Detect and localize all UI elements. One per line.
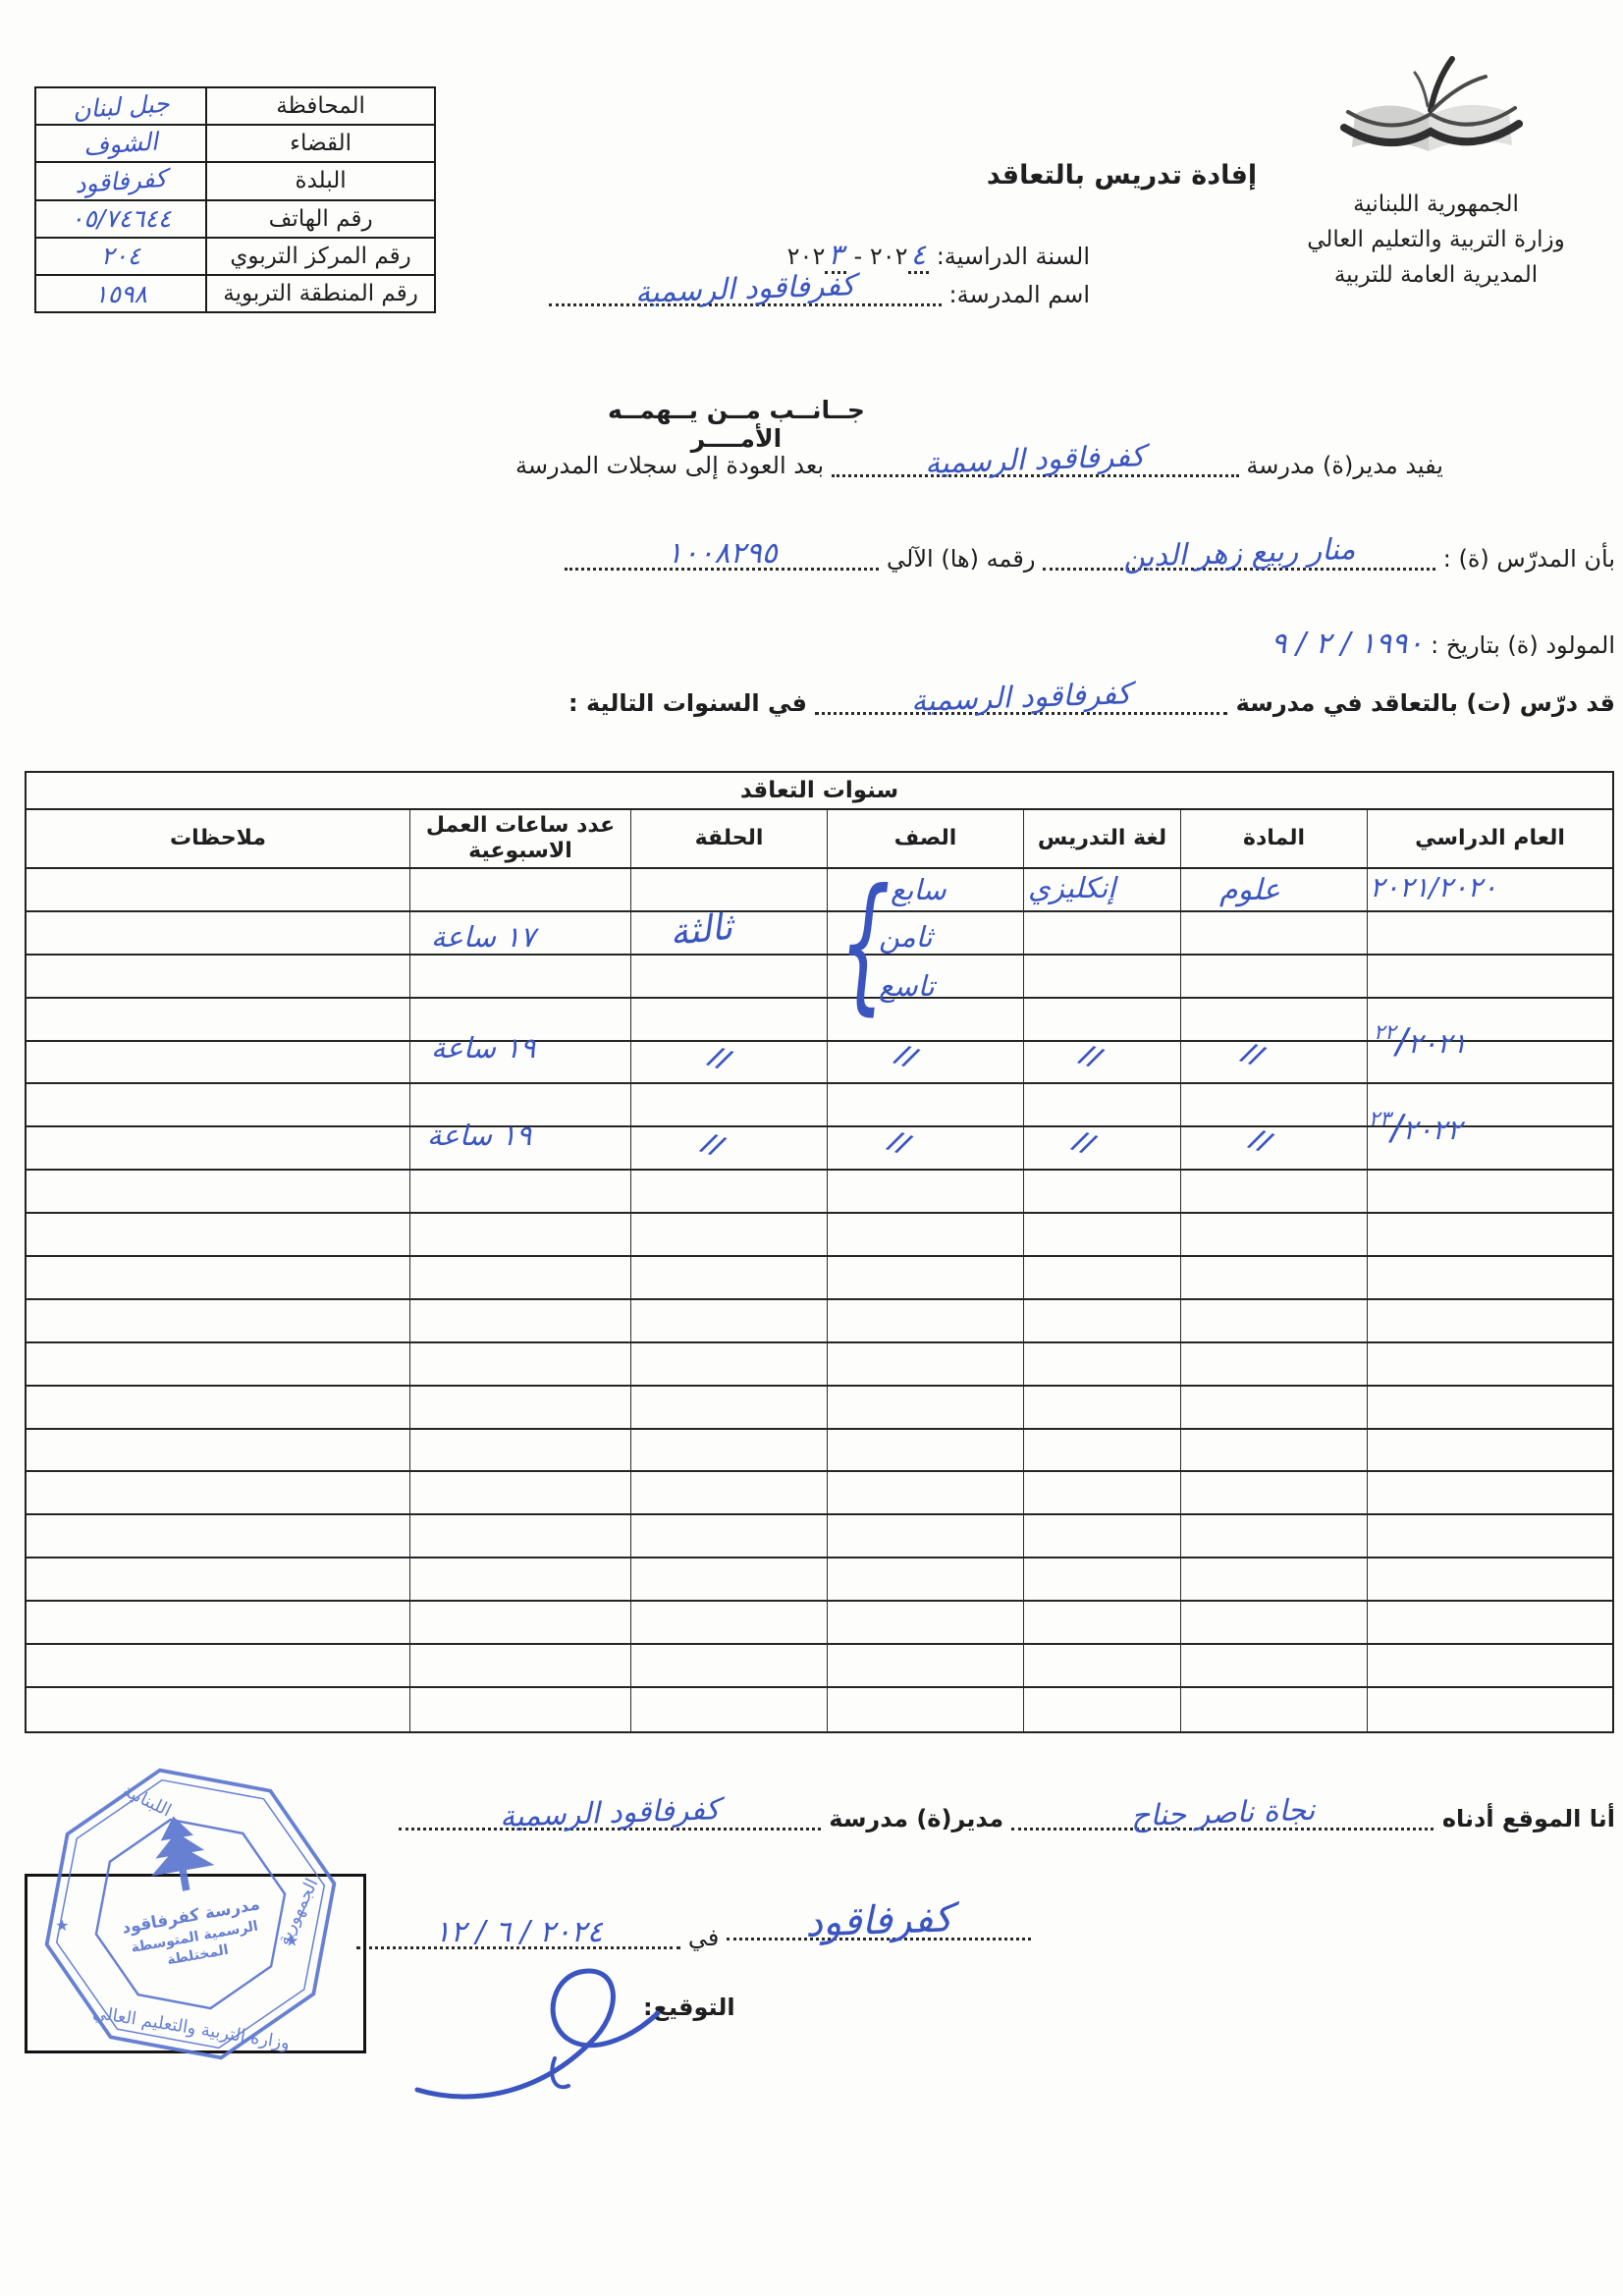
col-school-year: العام الدراسي [1367, 810, 1612, 867]
table-cell [1023, 1257, 1180, 1298]
table-row: القضاء الشوف [36, 124, 434, 161]
school-year-label: السنة الدراسية: [937, 243, 1090, 270]
edu-center-number-label: رقم المركز التربوي [205, 239, 434, 274]
table-cell [409, 1343, 630, 1385]
edu-region-number-value: ١٥٩٨ [94, 280, 147, 308]
table-cell [409, 1300, 630, 1341]
entry-cycle-third: ثالثة [668, 905, 734, 954]
place-handwritten: كفرفاقود [804, 1895, 953, 1945]
table-cell [1023, 1084, 1180, 1125]
table-cell [827, 1257, 1023, 1298]
table-cell [27, 1515, 409, 1557]
district-value: الشوف [82, 127, 159, 160]
table-row [27, 1558, 1612, 1602]
table-cell [1367, 1645, 1612, 1686]
table-cell [1180, 956, 1367, 997]
table-cell [1180, 1602, 1367, 1643]
table-cell [827, 1430, 1023, 1471]
table-cell [27, 1042, 409, 1083]
table-row: رقم الهاتف ٠٥/٧٤٦٤٤ [36, 199, 434, 237]
government-header: الجمهورية اللبنانية وزارة التربية والتعل… [1257, 187, 1615, 293]
table-cell [1180, 1472, 1367, 1513]
teacher-id-number-handwritten: ١٠٠٨٢٩٥ [667, 536, 778, 571]
entry-year-1: ٢٠٢١/٢٠٢٠ [1370, 871, 1497, 903]
table-row [27, 1300, 1612, 1343]
table-cell [409, 1171, 630, 1212]
table-cell [409, 1214, 630, 1255]
contract-years-table: سنوات التعاقد العام الدراسي المادة لغة ا… [25, 771, 1614, 1733]
table-cell [27, 1127, 409, 1169]
table-cell [27, 1343, 409, 1385]
table-cell [630, 956, 827, 997]
table-cell [1023, 1515, 1180, 1557]
table-cell [1023, 1171, 1180, 1212]
salutation-heading: جــانــب مــن يــهمــه الأمــــر [565, 396, 908, 453]
col-notes: ملاحظات [27, 810, 409, 867]
table-cell [630, 1257, 827, 1298]
grades-brace-mark: { [839, 863, 890, 1025]
col-weekly-hours: عدد ساعات العمل الاسبوعية [409, 810, 630, 867]
governorate-label: المحافظة [205, 88, 434, 124]
scanned-teaching-certificate: المحافظة جبل لبنان القضاء الشوف البلدة ك… [0, 0, 1623, 2296]
table-cell [1023, 1343, 1180, 1385]
table-cell [27, 1472, 409, 1513]
table-cell [630, 1171, 827, 1212]
table-cell [630, 1300, 827, 1341]
handwritten-year-digit: ٤ [908, 238, 930, 274]
entry-hours-19: ١٩ ساعة [431, 1031, 535, 1065]
table-row [27, 1343, 1612, 1387]
col-cycle: الحلقة [630, 810, 827, 867]
table-row [27, 1645, 1612, 1688]
table-row: البلدة كفرفاقود [36, 161, 434, 198]
table-cell [827, 1300, 1023, 1341]
table-row [27, 1387, 1612, 1430]
table-row: رقم المركز التربوي ٢٠٤ [36, 237, 434, 274]
entry-hours-19b: ١٩ ساعة [427, 1119, 531, 1152]
table-row [27, 1515, 1612, 1558]
directorate-line: المديرية العامة للتربية [1257, 257, 1615, 293]
contract-table-body [27, 869, 1612, 1731]
school-name-handwritten: كفرفاقود الرسمية [499, 1792, 720, 1834]
document-title: إفادة تدريس بالتعاقد [957, 160, 1286, 191]
star-icon: ★ [55, 1916, 69, 1935]
table-cell [27, 1645, 409, 1686]
table-cell [27, 912, 409, 954]
table-cell [630, 999, 827, 1040]
table-cell [827, 1387, 1023, 1428]
statement-line-4: قد درّس (ت) بالتعاقد في مدرسة كفرفاقود ا… [349, 684, 1615, 717]
table-row: رقم المنطقة التربوية ١٥٩٨ [36, 274, 434, 311]
table-cell [630, 1688, 827, 1731]
edu-center-number-value: ٢٠٤ [101, 242, 140, 270]
table-cell [630, 1645, 827, 1686]
table-cell [630, 869, 827, 910]
entry-year-3: ٢٣/٢٠٢٢ [1369, 1107, 1462, 1148]
table-cell [1180, 1171, 1367, 1212]
town-value: كفرفاقود [74, 164, 168, 198]
table-cell [827, 1645, 1023, 1686]
table-cell [409, 1688, 630, 1731]
dotted-line: كفرفاقود [727, 1910, 1031, 1941]
star-icon: ★ [285, 1932, 298, 1950]
edu-region-number-label: رقم المنطقة التربوية [205, 276, 434, 311]
table-cell [1180, 912, 1367, 954]
table-cell [1180, 999, 1367, 1040]
contract-table-header: العام الدراسي المادة لغة التدريس الصف ال… [27, 810, 1612, 869]
statement-line-2: بأن المدرّس (ة) : منار ربيع زهر الدين رق… [295, 540, 1615, 573]
stamp-lebanese-word: اللبنانية [120, 1781, 175, 1822]
table-row [27, 1688, 1612, 1731]
school-year-value: ٢٠٢٤ - ٢٠٢٣ [787, 238, 929, 271]
dotted-line: كفرفاقود الرسمية [832, 447, 1239, 477]
town-label: البلدة [205, 163, 434, 198]
table-cell [827, 1602, 1023, 1643]
table-cell [27, 1257, 409, 1298]
table-row: المحافظة جبل لبنان [36, 88, 434, 124]
table-cell [1023, 1214, 1180, 1255]
table-cell [409, 1558, 630, 1600]
table-cell [1023, 1127, 1180, 1169]
school-name-label: اسم المدرسة: [949, 281, 1090, 308]
col-subject: المادة [1180, 810, 1367, 867]
ministry-book-logo [1330, 53, 1537, 181]
table-cell [1367, 1387, 1612, 1428]
table-cell [27, 869, 409, 910]
table-cell [1367, 956, 1612, 997]
statement-line-1: يفيد مدير(ة) مدرسة كفرفاقود الرسمية بعد … [461, 447, 1443, 479]
table-cell [1367, 1558, 1612, 1600]
table-cell [630, 1127, 827, 1169]
table-cell [27, 1602, 409, 1643]
director-signature [407, 1942, 673, 2114]
dotted-line: كفرفاقود الرسمية [549, 276, 942, 306]
table-cell [827, 1084, 1023, 1125]
table-cell [409, 956, 630, 997]
table-cell [1180, 1127, 1367, 1169]
table-cell [409, 1645, 630, 1686]
table-cell [1180, 1257, 1367, 1298]
table-cell [409, 1430, 630, 1471]
table-cell [1180, 1300, 1367, 1341]
dotted-line: منار ربيع زهر الدين [1043, 540, 1435, 571]
table-row [27, 1171, 1612, 1214]
table-cell [409, 869, 630, 910]
table-cell [409, 1257, 630, 1298]
entry-grade-7: سابع [891, 873, 947, 906]
birthdate-handwritten: ١٩٩٠ / ٢ / ٩ [1271, 627, 1423, 661]
governorate-value: جبل لبنان [72, 88, 170, 124]
table-cell [27, 999, 409, 1040]
table-cell [630, 1343, 827, 1385]
table-cell [27, 956, 409, 997]
table-cell [409, 1387, 630, 1428]
republic-line: الجمهورية اللبنانية [1257, 187, 1615, 222]
table-cell [1367, 1430, 1612, 1471]
table-cell [1180, 1042, 1367, 1083]
entry-hours-17: ١٧ ساعة [431, 920, 535, 954]
table-cell [1367, 1343, 1612, 1385]
birthdate-line: المولود (ة) بتاريخ : ١٩٩٠ / ٢ / ٩ [1001, 627, 1615, 661]
entry-year-2: ٢٢/٢٠٢١ [1374, 1020, 1467, 1062]
table-cell [1367, 912, 1612, 954]
table-cell [827, 1472, 1023, 1513]
school-info-table: المحافظة جبل لبنان القضاء الشوف البلدة ك… [34, 86, 436, 313]
table-cell [1180, 1558, 1367, 1600]
table-cell [27, 1558, 409, 1600]
table-cell [1180, 1688, 1367, 1731]
table-cell [1023, 1602, 1180, 1643]
table-cell [27, 1171, 409, 1212]
entry-subject-1: علوم [1219, 873, 1280, 907]
table-row [27, 1257, 1612, 1300]
table-cell [630, 1602, 827, 1643]
table-cell [1367, 1257, 1612, 1298]
entry-language-1: إنكليزي [1028, 871, 1115, 904]
dotted-line: نجاة ناصر جناح [1011, 1800, 1434, 1831]
table-cell [1180, 1084, 1367, 1125]
school-year-line: السنة الدراسية: ٢٠٢٤ - ٢٠٢٣ [535, 238, 1090, 271]
table-cell [827, 1127, 1023, 1169]
table-cell [1180, 1645, 1367, 1686]
table-cell [630, 1387, 827, 1428]
dotted-line: كفرفاقود الرسمية [815, 684, 1227, 715]
table-cell [827, 1042, 1023, 1083]
dotted-line: ١٠٠٨٢٩٥ [565, 540, 879, 571]
table-row [27, 956, 1612, 999]
table-cell [27, 1214, 409, 1255]
table-cell [27, 1430, 409, 1471]
table-cell [1367, 1171, 1612, 1212]
col-teaching-language: لغة التدريس [1023, 810, 1180, 867]
table-cell [27, 1084, 409, 1125]
school-name-handwritten: كفرفاقود الرسمية [911, 677, 1132, 719]
table-cell [827, 1515, 1023, 1557]
table-cell [27, 1387, 409, 1428]
table-cell [1367, 1602, 1612, 1643]
official-school-stamp: الجمهورية اللبنانية وزارة التربية والتعل… [18, 1758, 363, 2070]
table-cell [827, 1214, 1023, 1255]
dotted-line: كفرفاقود الرسمية [399, 1800, 821, 1831]
table-row [27, 912, 1612, 956]
table-cell [1180, 1430, 1367, 1471]
table-cell [1180, 1515, 1367, 1557]
table-cell [409, 1602, 630, 1643]
table-cell [1367, 1300, 1612, 1341]
table-cell [1023, 1387, 1180, 1428]
table-cell [1180, 1387, 1367, 1428]
table-cell [1023, 1688, 1180, 1731]
table-row [27, 1602, 1612, 1645]
table-cell [1180, 1214, 1367, 1255]
table-cell [1367, 1472, 1612, 1513]
table-cell [827, 1688, 1023, 1731]
table-cell [1367, 1688, 1612, 1731]
table-cell [1023, 1430, 1180, 1471]
table-row [27, 1472, 1612, 1515]
birthdate-label: المولود (ة) بتاريخ : [1431, 631, 1615, 659]
date-in-label: في [688, 1924, 719, 1951]
table-cell [1023, 912, 1180, 954]
table-cell [1023, 1300, 1180, 1341]
table-cell [630, 1430, 827, 1471]
table-cell [827, 1171, 1023, 1212]
table-cell [1023, 1645, 1180, 1686]
school-name-handwritten: كفرفاقود الرسمية [925, 439, 1146, 481]
signatory-line: أنا الموقع أدناه نجاة ناصر جناح مدير(ة) … [344, 1800, 1615, 1832]
table-row [27, 1214, 1612, 1257]
table-cell [630, 1558, 827, 1600]
table-cell [1367, 1515, 1612, 1557]
table-cell [27, 1688, 409, 1731]
school-name-handwritten: كفرفاقود الرسمية [634, 268, 855, 310]
table-cell [1023, 999, 1180, 1040]
table-cell [1180, 1343, 1367, 1385]
table-cell [409, 1515, 630, 1557]
table-cell [827, 1558, 1023, 1600]
table-cell [1023, 956, 1180, 997]
district-label: القضاء [205, 126, 434, 161]
table-cell [630, 1214, 827, 1255]
ministry-line: وزارة التربية والتعليم العالي [1257, 222, 1615, 257]
table-cell [1023, 1472, 1180, 1513]
table-cell [1023, 1558, 1180, 1600]
table-row [27, 1430, 1612, 1473]
table-cell [827, 1343, 1023, 1385]
table-cell [630, 1084, 827, 1125]
director-name-handwritten: نجاة ناصر جناح [1130, 1793, 1315, 1834]
school-name-line: اسم المدرسة: كفرفاقود الرسمية [412, 276, 1090, 308]
table-cell [1367, 1214, 1612, 1255]
phone-label: رقم الهاتف [205, 201, 434, 237]
table-cell [27, 1300, 409, 1341]
phone-value: ٠٥/٧٤٦٤٤ [71, 204, 171, 233]
table-cell [409, 1472, 630, 1513]
contract-table-title: سنوات التعاقد [27, 773, 1612, 810]
table-cell [630, 1472, 827, 1513]
table-cell [630, 1515, 827, 1557]
teacher-name-handwritten: منار ربيع زهر الدين [1122, 532, 1356, 574]
